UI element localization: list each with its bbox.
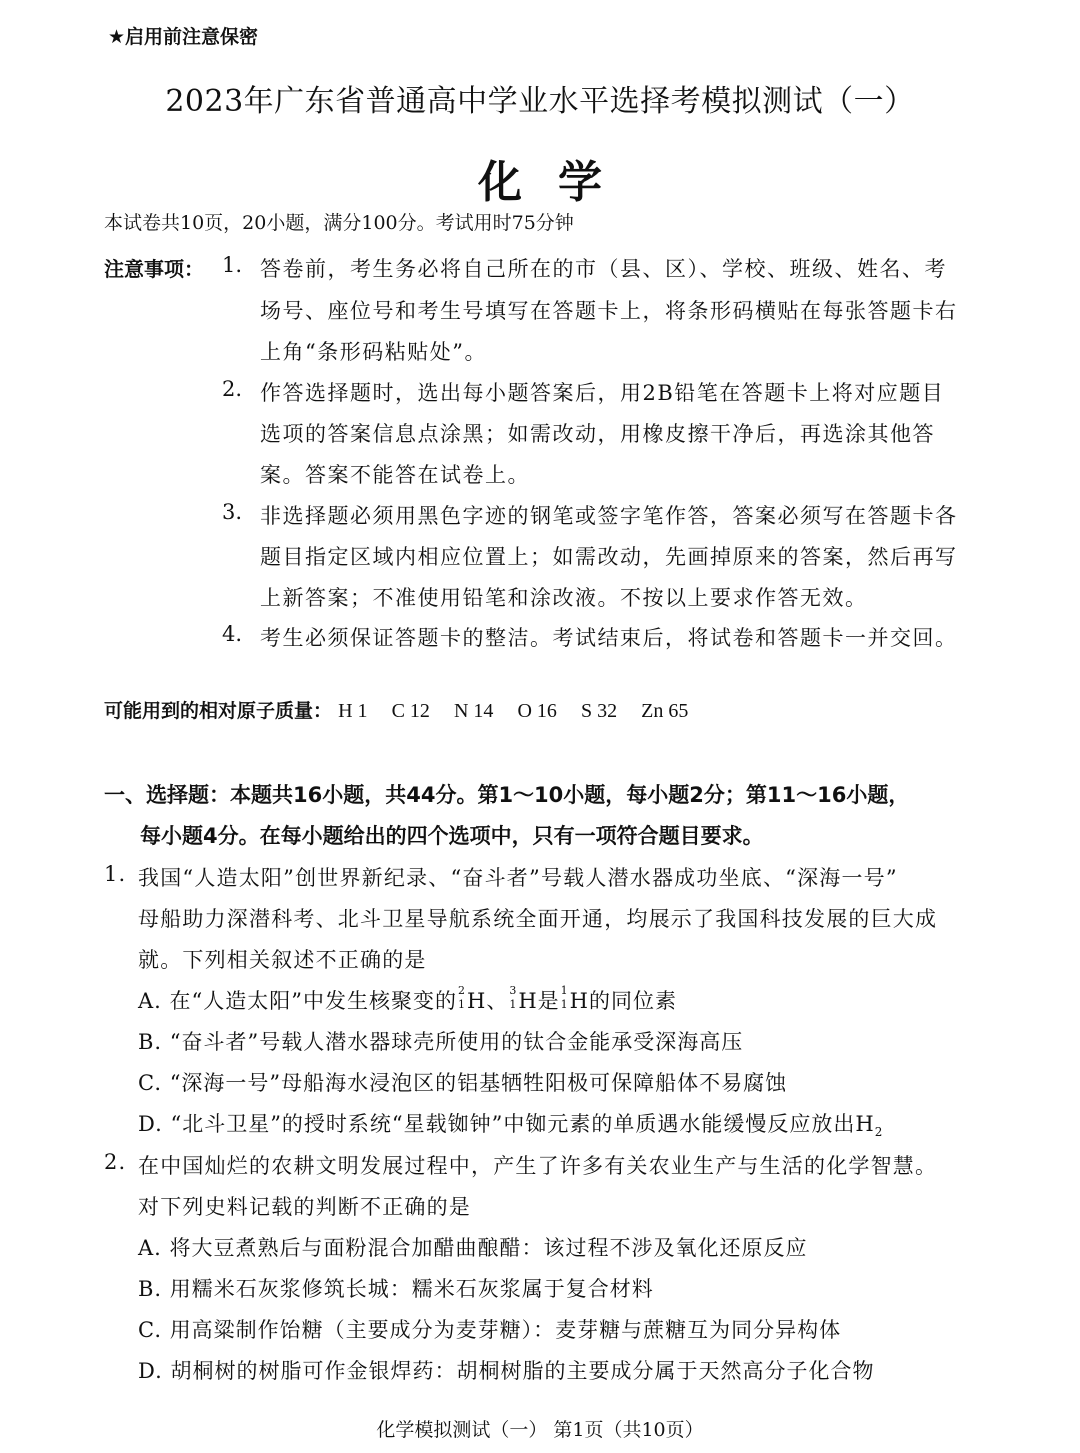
question-stem: 对下列史料记载的判断不正确的是	[138, 1191, 471, 1221]
option-label: D.	[138, 1359, 163, 1383]
question-number: 2.	[104, 1150, 126, 1174]
option-text: 将大豆煮熟后与面粉混合加醋曲酿醋：该过程不涉及氧化还原反应	[170, 1236, 808, 1260]
note-line: 上新答案；不准使用铅笔和涂改液。不按以上要求作答无效。	[260, 582, 868, 612]
atomic-mass-zn: Zn 65	[641, 700, 688, 722]
isotope-mass-z: 11	[560, 988, 570, 1008]
mass-number: 1	[561, 984, 569, 997]
note-line: 选项的答案信息点涂黑；如需改动，用橡皮擦干净后，再选涂其他答	[260, 418, 935, 448]
formula-subscript: 2	[875, 1125, 884, 1139]
option-c: C. “深海一号”母船海水浸泡区的铝基牺牲阳极可保障船体不易腐蚀	[138, 1067, 787, 1097]
option-c: C. 用高粱制作饴糖（主要成分为麦芽糖）：麦芽糖与蔗糖互为同分异构体	[138, 1314, 841, 1344]
notes-label: 注意事项：	[104, 253, 204, 282]
option-text: “奋斗者”号载人潜水器球壳所使用的钛合金能承受深海高压	[170, 1030, 743, 1054]
question-stem: 在中国灿烂的农耕文明发展过程中，产生了许多有关农业生产与生活的化学智慧。	[138, 1150, 937, 1180]
atomic-mass-s: S 32	[581, 700, 617, 722]
note-line: 答卷前，考生务必将自己所在的市（县、区）、学校、班级、姓名、考	[260, 253, 947, 283]
section-heading: 每小题4分。在每小题给出的四个选项中，只有一项符合题目要求。	[140, 820, 764, 850]
exam-title: 2023年广东省普通高中学业水平选择考模拟测试（一）	[0, 76, 1080, 120]
atomic-number: 1	[458, 998, 466, 1011]
note-line: 考生必须保证答题卡的整洁。考试结束后，将试卷和答题卡一并交回。	[260, 622, 958, 652]
element-symbol: H	[467, 989, 486, 1013]
note-line: 作答选择题时，选出每小题答案后，用2B铅笔在答题卡上将对应题目	[260, 377, 944, 407]
option-label: C.	[138, 1071, 162, 1095]
paper-info: 本试卷共10页，20小题，满分100分。考试用时75分钟	[104, 208, 574, 235]
option-label: A.	[138, 1236, 162, 1260]
subject-title: 化学	[0, 146, 1080, 210]
option-b: B. 用糯米石灰浆修筑长城：糯米石灰浆属于复合材料	[138, 1273, 654, 1303]
option-text: 是	[538, 989, 560, 1013]
option-text: “深海一号”母船海水浸泡区的铝基牺牲阳极可保障船体不易腐蚀	[170, 1071, 787, 1095]
mass-number: 3	[509, 984, 517, 997]
element-symbol: H	[570, 989, 589, 1013]
note-number: 2.	[222, 377, 242, 401]
atomic-number: 1	[561, 998, 569, 1011]
option-label: A.	[138, 989, 162, 1013]
chemical-formula: H	[855, 1112, 874, 1136]
note-number: 4.	[222, 622, 242, 646]
atomic-number: 1	[509, 998, 517, 1011]
isotope-mass-z: 21	[457, 988, 467, 1008]
option-a: A. 在“人造太阳”中发生核聚变的21H、31H是11H的同位素	[138, 985, 677, 1015]
question-number: 1.	[104, 862, 126, 886]
atomic-mass-c: C 12	[392, 700, 430, 722]
note-line: 非选择题必须用黑色字迹的钢笔或签字笔作答，答案必须写在答题卡各	[260, 500, 958, 530]
option-a: A. 将大豆煮熟后与面粉混合加醋曲酿醋：该过程不涉及氧化还原反应	[138, 1232, 808, 1262]
question-stem: 母船助力深潜科考、北斗卫星导航系统全面开通，均展示了我国科技发展的巨大成	[138, 903, 937, 933]
option-label: B.	[138, 1277, 162, 1301]
atomic-mass-n: N 14	[454, 700, 493, 722]
question-stem: 我国“人造太阳”创世界新纪录、“奋斗者”号载人潜水器成功坐底、“深海一号”	[138, 862, 898, 892]
isotope-mass-z: 31	[508, 988, 518, 1008]
atomic-mass-h: H 1	[338, 700, 367, 722]
note-line: 题目指定区域内相应位置上；如需改动，先画掉原来的答案，然后再写	[260, 541, 958, 571]
question-stem: 就。下列相关叙述不正确的是	[138, 944, 427, 974]
option-text: 胡桐树的树脂可作金银焊药：胡桐树脂的主要成分属于天然高分子化合物	[170, 1359, 874, 1383]
confidential-notice: ★启用前注意保密	[108, 22, 258, 49]
mass-number: 2	[458, 984, 466, 997]
option-text: “北斗卫星”的授时系统“星载铷钟”中铷元素的单质遇水能缓慢反应放出	[170, 1112, 855, 1136]
element-symbol: H	[518, 989, 537, 1013]
option-text: 、	[486, 989, 508, 1013]
atomic-masses: 可能用到的相对原子质量： H 1 C 12 N 14 O 16 S 32 Zn …	[104, 696, 706, 723]
note-line: 场号、座位号和考生号填写在答题卡上，将条形码横贴在每张答题卡右	[260, 295, 958, 325]
note-line: 上角“条形码粘贴处”。	[260, 336, 487, 366]
atomic-masses-label: 可能用到的相对原子质量：	[104, 700, 332, 722]
note-number: 1.	[222, 253, 242, 277]
option-b: B. “奋斗者”号载人潜水器球壳所使用的钛合金能承受深海高压	[138, 1026, 743, 1056]
option-d: D. 胡桐树的树脂可作金银焊药：胡桐树脂的主要成分属于天然高分子化合物	[138, 1355, 874, 1385]
option-text: 在“人造太阳”中发生核聚变的	[170, 989, 457, 1013]
option-label: C.	[138, 1318, 162, 1342]
option-text: 用糯米石灰浆修筑长城：糯米石灰浆属于复合材料	[170, 1277, 654, 1301]
option-d: D. “北斗卫星”的授时系统“星载铷钟”中铷元素的单质遇水能缓慢反应放出H2	[138, 1108, 883, 1139]
option-label: D.	[138, 1112, 163, 1136]
option-label: B.	[138, 1030, 162, 1054]
atomic-mass-o: O 16	[517, 700, 556, 722]
section-heading: 一、选择题：本题共16小题，共44分。第1～10小题，每小题2分；第11～16小…	[104, 779, 909, 809]
note-line: 案。答案不能答在试卷上。	[260, 459, 530, 489]
note-number: 3.	[222, 500, 242, 524]
page-footer: 化学模拟测试（一） 第1页（共10页）	[0, 1415, 1080, 1442]
option-text: 的同位素	[589, 989, 677, 1013]
option-text: 用高粱制作饴糖（主要成分为麦芽糖）：麦芽糖与蔗糖互为同分异构体	[170, 1318, 842, 1342]
